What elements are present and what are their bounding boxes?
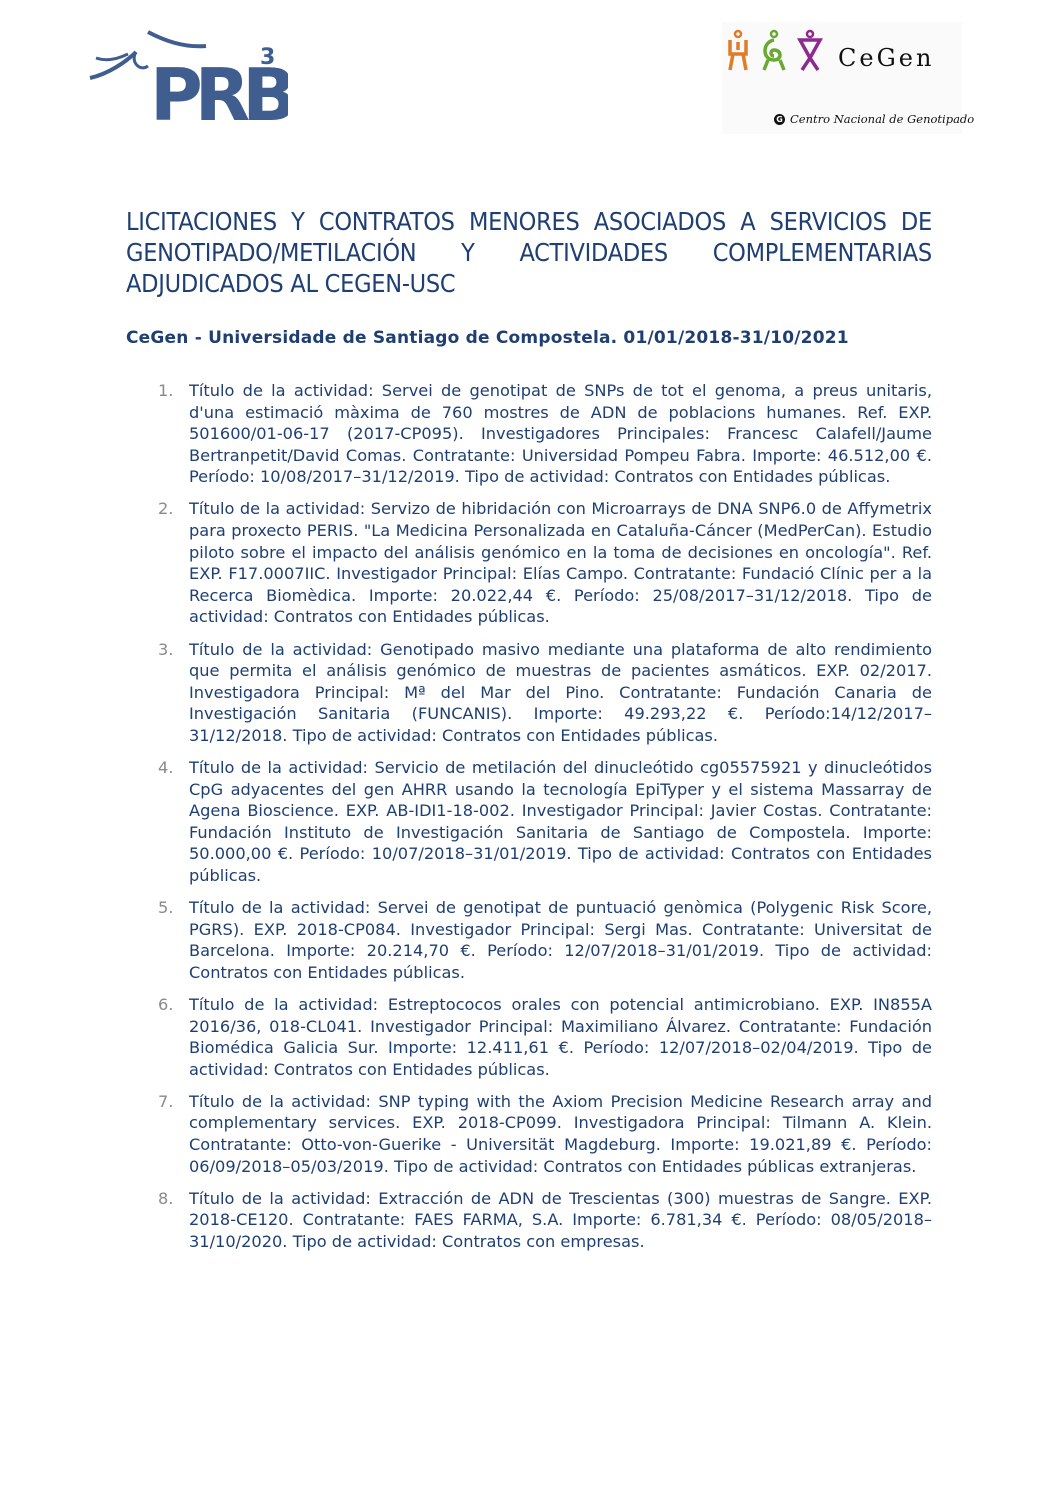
list-item: 8.Título de la actividad: Extracción de … [150,1188,932,1253]
cegen-c-icon: G [774,114,785,125]
list-item: 2.Título de la actividad: Servizo de hib… [150,498,932,628]
item-text: Título de la actividad: Extracción de AD… [189,1189,932,1251]
list-item: 5.Título de la actividad: Servei de geno… [150,897,932,983]
cegen-wordmark: CeGen [838,44,934,72]
prb3-logo: PRB 3 [88,22,288,132]
item-text: Título de la actividad: Servei de genoti… [189,381,932,486]
item-text: Título de la actividad: SNP typing with … [189,1092,932,1176]
svg-text:3: 3 [260,45,275,70]
item-number: 6. [158,994,173,1016]
item-text: Título de la actividad: Servicio de meti… [189,758,932,885]
list-item: 6.Título de la actividad: Estreptococos … [150,994,932,1080]
list-item: 1.Título de la actividad: Servei de geno… [150,380,932,488]
activity-list: 1.Título de la actividad: Servei de geno… [150,380,932,1263]
item-text: Título de la actividad: Estreptococos or… [189,995,932,1079]
item-text: Título de la actividad: Servei de genoti… [189,898,932,982]
document-subtitle: CeGen - Universidade de Santiago de Comp… [126,328,849,348]
cegen-figures-icon [724,28,834,88]
item-number: 1. [158,380,173,402]
item-number: 7. [158,1091,173,1113]
list-item: 4.Título de la actividad: Servicio de me… [150,757,932,887]
item-number: 4. [158,757,173,779]
item-number: 3. [158,639,173,661]
list-item: 3.Título de la actividad: Genotipado mas… [150,639,932,747]
document-title: LICITACIONES Y CONTRATOS MENORES ASOCIAD… [126,206,932,299]
prb3-logo-graphic: PRB 3 [88,22,288,132]
item-text: Título de la actividad: Genotipado masiv… [189,640,932,745]
item-number: 8. [158,1188,173,1210]
item-number: 2. [158,498,173,520]
cegen-subtitle: Centro Nacional de Genotipado [790,112,974,126]
item-number: 5. [158,897,173,919]
item-text: Título de la actividad: Servizo de hibri… [189,499,932,626]
list-item: 7.Título de la actividad: SNP typing wit… [150,1091,932,1177]
